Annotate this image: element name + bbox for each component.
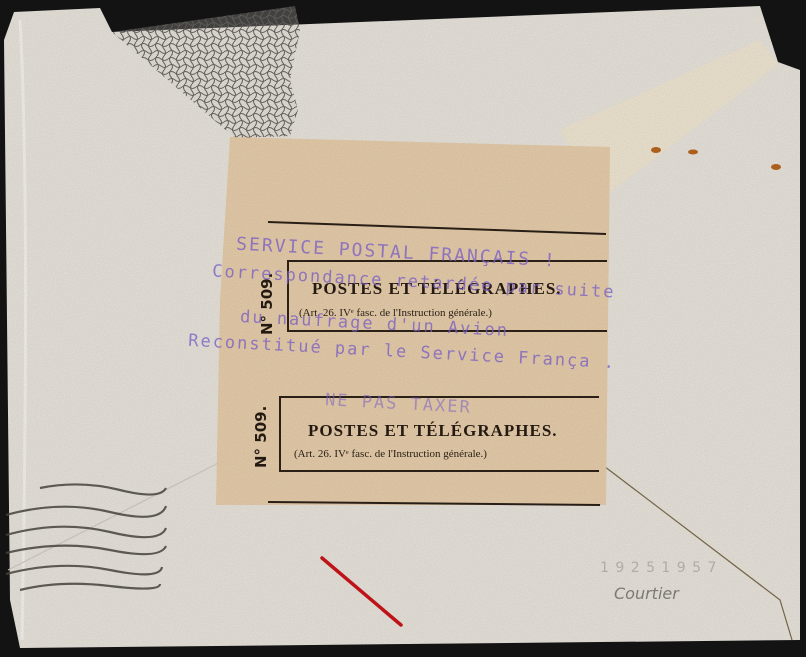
label-number: N° 509.	[252, 406, 270, 468]
envelope-photo: N° 509. POSTES ET TÉLÉGRAPHES. (Art. 26.…	[0, 0, 806, 657]
label-title: POSTES ET TÉLÉGRAPHES.	[308, 421, 558, 441]
pencil-courtier-note: Courtier	[614, 584, 679, 603]
label-subtitle: (Art. 26. IVᵉ fasc. de l'Instruction gén…	[294, 448, 487, 460]
pencil-date-note: 1 9 2 5 1 9 5 7	[600, 560, 717, 576]
